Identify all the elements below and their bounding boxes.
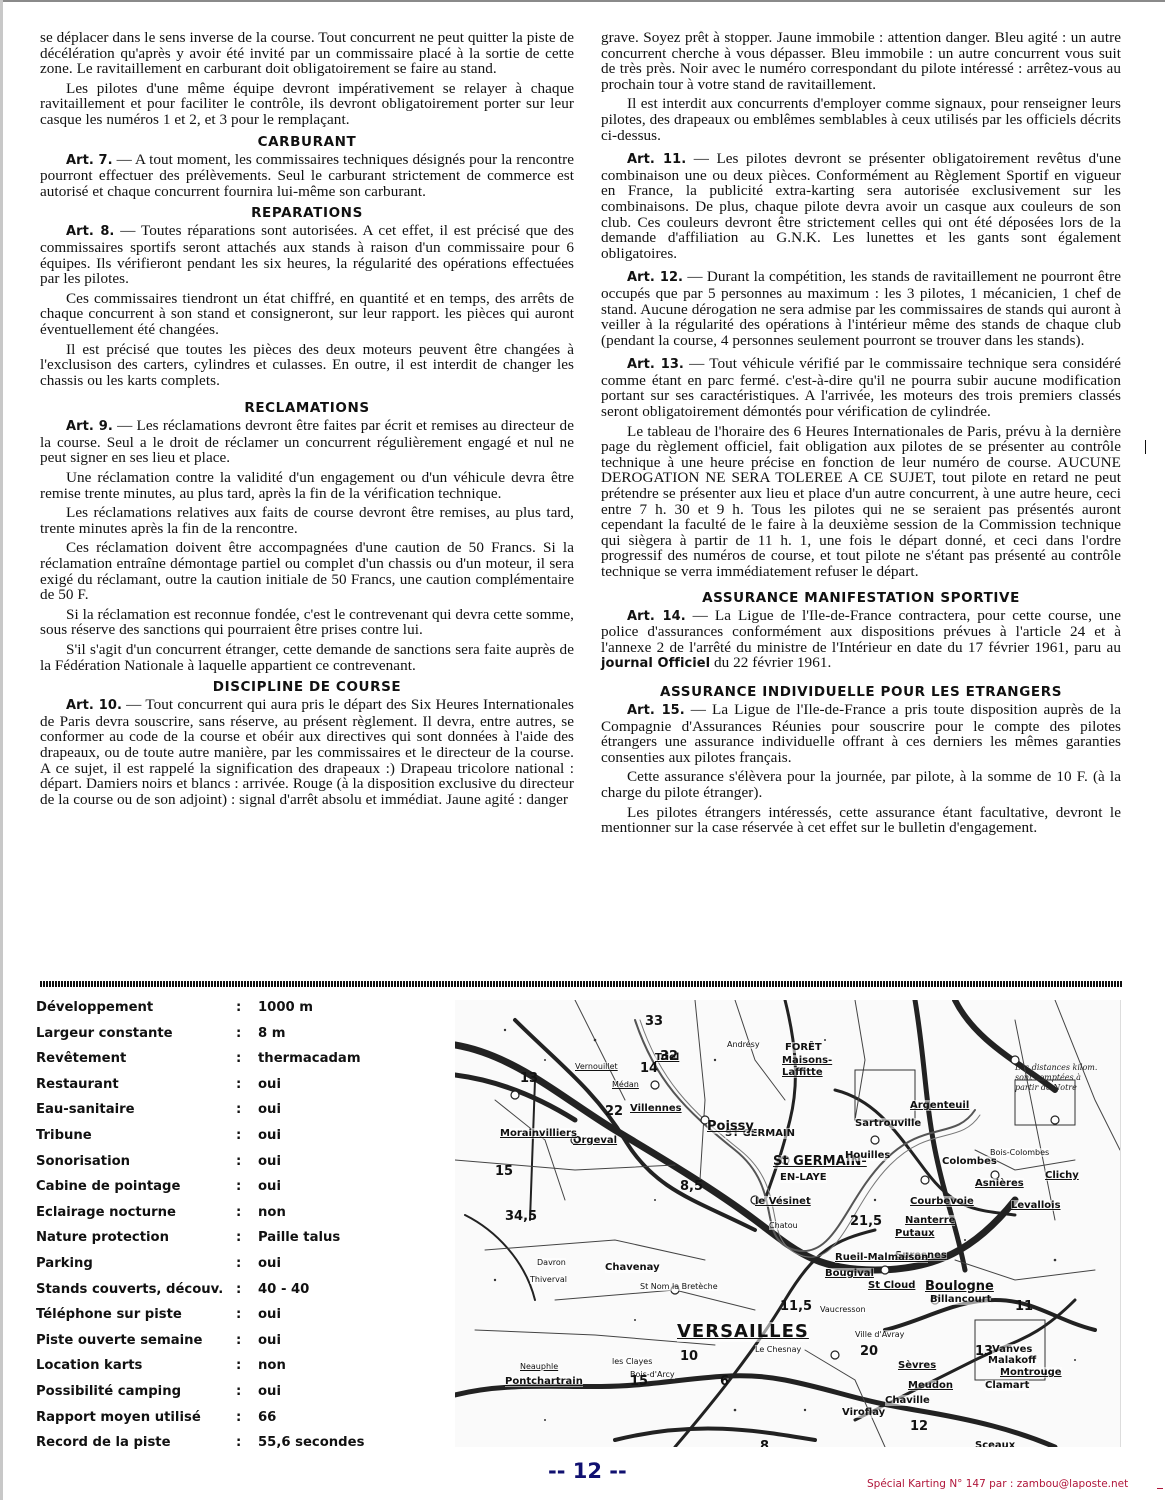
spec-value: oui	[258, 1328, 281, 1354]
map-place-label: Meudon	[908, 1380, 953, 1391]
intro-paragraph-1: se déplacer dans le sens inverse de la c…	[40, 30, 574, 77]
map-place-label: Clamart	[985, 1380, 1029, 1391]
spec-label: Location karts	[36, 1353, 142, 1379]
map-place-label: Putaux	[895, 1228, 935, 1239]
article-15-paragraph-2: Cette assurance s'élèvera pour la journé…	[601, 769, 1121, 800]
spec-value: oui	[258, 1379, 281, 1405]
spec-value: oui	[258, 1149, 281, 1175]
intro-paragraph-2: Les pilotes d'une même équipe devront im…	[40, 81, 574, 128]
article-15: Art. 15. — La Ligue de l'Ile-de-France a…	[601, 702, 1121, 765]
spec-value: 1000 m	[258, 995, 313, 1021]
map-place-label: Pontchartrain	[505, 1376, 583, 1387]
map-place-label: Asnières	[975, 1178, 1024, 1189]
article-13-schedule-paragraph: Le tableau de l'horaire des 6 Heures Int…	[601, 424, 1121, 580]
map-place-label: Houilles	[845, 1150, 890, 1161]
article-9-paragraph-4: Ces réclamation doivent être accompagnée…	[40, 540, 574, 602]
spec-row: Téléphone sur piste:oui	[36, 1302, 436, 1328]
spec-separator: :	[236, 1328, 241, 1354]
article-label: Art. 15.	[627, 703, 685, 718]
map-place-label: Orgeval	[573, 1135, 617, 1146]
article-9-paragraph-2: Une réclamation contre la validité d'un …	[40, 470, 574, 501]
spec-value: oui	[258, 1251, 281, 1277]
article-label: Art. 7.	[66, 153, 113, 168]
map-place-label: Vaucresson	[820, 1305, 866, 1314]
spec-value: oui	[258, 1302, 281, 1328]
spec-value: 40 - 40	[258, 1277, 309, 1303]
map-route-number: 11,5	[780, 1300, 812, 1314]
article-8: Art. 8. — Toutes réparations sont autori…	[40, 223, 574, 286]
spec-row: Eclairage nocturne:non	[36, 1200, 436, 1226]
map-place-label: Sèvres	[898, 1360, 936, 1371]
right-text-column: grave. Soyez prêt à stopper. Jaune immob…	[601, 30, 1121, 836]
map-place-label: St Nom la Bretèche	[640, 1282, 718, 1291]
article-15-paragraph-3: Les pilotes étrangers intéressés, cette …	[601, 805, 1121, 836]
page-number: -- 12 --	[548, 1459, 627, 1483]
spec-separator: :	[236, 995, 241, 1021]
article-label: Art. 12.	[627, 270, 683, 285]
page-frame-top	[0, 0, 1165, 2]
track-specifications-list: Développement:1000 mLargeur constante:8 …	[36, 995, 436, 1456]
spec-row: Stands couverts, découv.:40 - 40	[36, 1277, 436, 1303]
spec-value: oui	[258, 1097, 281, 1123]
map-place-label: Levallois	[1011, 1200, 1061, 1211]
map-place-label: Courbevoie	[910, 1196, 974, 1207]
article-11: Art. 11. — Les pilotes devront se présen…	[601, 151, 1121, 261]
map-place-label: Morainvilliers	[500, 1128, 577, 1139]
map-place-label: les Clayes	[612, 1357, 652, 1366]
spec-label: Stands couverts, découv.	[36, 1277, 223, 1303]
spec-label: Record de la piste	[36, 1430, 171, 1456]
spec-row: Tribune:oui	[36, 1123, 436, 1149]
article-9: Art. 9. — Les réclamations devront être …	[40, 418, 574, 466]
spec-separator: :	[236, 1072, 241, 1098]
map-route-number: 15	[495, 1165, 513, 1179]
spec-value: Paille talus	[258, 1225, 340, 1251]
spec-row: Piste ouverte semaine:oui	[36, 1328, 436, 1354]
page-frame-left	[0, 0, 3, 1500]
spec-row: Location karts:non	[36, 1353, 436, 1379]
map-place-label: FORÊT	[785, 1042, 822, 1053]
spec-value: oui	[258, 1072, 281, 1098]
spec-separator: :	[236, 1021, 241, 1047]
map-place-label: Le Chesnay	[755, 1345, 801, 1354]
map-place-label: Nanterre	[905, 1215, 955, 1226]
article-label: Art. 9.	[66, 419, 113, 434]
margin-mark	[1145, 440, 1146, 454]
article-9-paragraph-3: Les réclamations relatives aux faits de …	[40, 505, 574, 536]
spec-label: Développement	[36, 995, 153, 1021]
spec-row: Développement:1000 m	[36, 995, 436, 1021]
article-8-paragraph-3: Il est précisé que toutes les pièces des…	[40, 342, 574, 389]
spec-row: Revêtement:thermacadam	[36, 1046, 436, 1072]
map-place-label: Vernouillet	[575, 1062, 618, 1071]
article-label: Art. 11.	[627, 152, 686, 167]
map-place-label: Chaville	[885, 1395, 930, 1406]
article-7: Art. 7. — A tout moment, les commissaire…	[40, 152, 574, 200]
map-place-label: Sceaux	[975, 1440, 1015, 1447]
map-place-label: Vanves	[992, 1344, 1032, 1355]
spec-label: Rapport moyen utilisé	[36, 1405, 201, 1431]
signals-prohibition-paragraph: Il est interdit aux concurrents d'employ…	[601, 96, 1121, 143]
map-distance-note: Les distances kilom. sont comptées à par…	[1015, 1063, 1105, 1093]
spec-separator: :	[236, 1149, 241, 1175]
map-place-label: Clichy	[1045, 1170, 1079, 1181]
spec-separator: :	[236, 1302, 241, 1328]
spec-label: Nature protection	[36, 1225, 169, 1251]
map-route-number: 20	[860, 1345, 878, 1359]
map-place-label: Billancourt	[930, 1294, 991, 1305]
article-label: Art. 10.	[66, 698, 122, 713]
spec-row: Record de la piste:55,6 secondes	[36, 1430, 436, 1456]
section-heading-carburant: CARBURANT	[40, 134, 574, 150]
map-place-label: Thiverval	[530, 1275, 567, 1284]
spec-label: Sonorisation	[36, 1149, 130, 1175]
article-14: Art. 14. — La Ligue de l'Ile-de-France c…	[601, 608, 1121, 672]
map-place-label: EN-LAYE	[780, 1172, 827, 1183]
footer-mark	[1157, 1488, 1163, 1489]
spec-label: Parking	[36, 1251, 93, 1277]
spec-value: non	[258, 1353, 286, 1379]
map-place-label: Colombes	[942, 1156, 997, 1167]
article-8-paragraph-2: Ces commissaires tiendront un état chiff…	[40, 291, 574, 338]
map-place-label: Ville d'Avray	[855, 1330, 904, 1339]
spec-label: Revêtement	[36, 1046, 126, 1072]
spec-value: 8 m	[258, 1021, 286, 1047]
map-route-number: 10	[680, 1350, 698, 1364]
map-route-number: 13	[975, 1345, 993, 1359]
map-place-label: Montrouge	[1000, 1367, 1062, 1378]
spec-row: Sonorisation:oui	[36, 1149, 436, 1175]
map-place-label: Malakoff	[988, 1355, 1036, 1366]
spec-row: Restaurant:oui	[36, 1072, 436, 1098]
map-route-number: 11	[1015, 1300, 1033, 1314]
spec-label: Piste ouverte semaine	[36, 1328, 203, 1354]
spec-label: Téléphone sur piste	[36, 1302, 182, 1328]
spec-separator: :	[236, 1225, 241, 1251]
map-place-label: Poissy	[707, 1120, 754, 1134]
journal-officiel-reference: journal Officiel	[601, 656, 710, 671]
spec-label: Restaurant	[36, 1072, 119, 1098]
article-13: Art. 13. — Tout véhicule vérifié par le …	[601, 356, 1121, 419]
spec-separator: :	[236, 1123, 241, 1149]
map-place-label: Villennes	[630, 1103, 682, 1114]
map-route-number: 32	[660, 1050, 678, 1064]
section-divider	[40, 981, 1122, 987]
map-place-label: Maisons-	[782, 1055, 832, 1066]
spec-separator: :	[236, 1379, 241, 1405]
map-route-number: 33	[645, 1015, 663, 1029]
flag-signals-continuation: grave. Soyez prêt à stopper. Jaune immob…	[601, 30, 1121, 92]
article-9-paragraph-5: Si la réclamation est reconnue fondée, c…	[40, 607, 574, 638]
map-place-label: le Vésinet	[755, 1196, 811, 1207]
map-place-label: Médan	[612, 1080, 639, 1089]
map-place-label: Viroflay	[842, 1407, 885, 1418]
map-place-label: Davron	[537, 1258, 566, 1267]
spec-value: thermacadam	[258, 1046, 361, 1072]
spec-separator: :	[236, 1277, 241, 1303]
spec-separator: :	[236, 1405, 241, 1431]
spec-separator: :	[236, 1200, 241, 1226]
map-place-label: Bois-Colombes	[990, 1148, 1049, 1157]
section-heading-reclamations: RECLAMATIONS	[40, 400, 574, 416]
map-route-number: 22	[605, 1105, 623, 1119]
spec-row: Possibilité camping:oui	[36, 1379, 436, 1405]
spec-value: oui	[258, 1123, 281, 1149]
article-9-paragraph-6: S'il s'agit d'un concurrent étranger, ce…	[40, 642, 574, 673]
left-text-column: se déplacer dans le sens inverse de la c…	[40, 30, 574, 807]
spec-row: Nature protection:Paille talus	[36, 1225, 436, 1251]
map-place-label: Rueil-Malmaison	[835, 1252, 928, 1263]
article-10: Art. 10. — Tout concurrent qui aura pris…	[40, 697, 574, 807]
section-heading-reparations: REPARATIONS	[40, 205, 574, 221]
spec-label: Eau-sanitaire	[36, 1097, 135, 1123]
article-12: Art. 12. — Durant la compétition, les st…	[601, 269, 1121, 348]
map-place-label: Chatou	[769, 1221, 798, 1230]
map-place-label: St Cloud	[868, 1280, 915, 1291]
map-route-number: 8,5	[680, 1180, 703, 1194]
map-place-label: Bougival	[825, 1268, 874, 1279]
spec-separator: :	[236, 1353, 241, 1379]
spec-row: Cabine de pointage:oui	[36, 1174, 436, 1200]
map-route-number: 13	[520, 1072, 538, 1086]
spec-value: non	[258, 1200, 286, 1226]
spec-row: Parking:oui	[36, 1251, 436, 1277]
spec-row: Largeur constante:8 m	[36, 1021, 436, 1047]
map-route-number: 21,5	[850, 1215, 882, 1229]
spec-label: Eclairage nocturne	[36, 1200, 176, 1226]
map-place-label: Andrésy	[727, 1040, 760, 1049]
spec-separator: :	[236, 1251, 241, 1277]
map-place-label: Neauphle	[520, 1362, 558, 1371]
spec-label: Largeur constante	[36, 1021, 173, 1047]
spec-label: Cabine de pointage	[36, 1174, 180, 1200]
map-route-number: 15	[630, 1375, 648, 1389]
map-place-label: Argenteuil	[910, 1100, 969, 1111]
circuit-location-map: VERSAILLESSt GERMAIN-EN-LAYEST GERMAINPo…	[455, 1000, 1121, 1447]
map-place-label: Laffitte	[782, 1067, 823, 1078]
section-heading-assurance-sportive: ASSURANCE MANIFESTATION SPORTIVE	[601, 590, 1121, 606]
spec-label: Tribune	[36, 1123, 92, 1149]
spec-value: 66	[258, 1405, 276, 1431]
spec-row: Rapport moyen utilisé:66	[36, 1405, 436, 1431]
map-route-number: 6	[720, 1375, 729, 1389]
section-heading-discipline: DISCIPLINE DE COURSE	[40, 679, 574, 695]
map-route-number: 8	[760, 1440, 769, 1447]
scan-credit: Spécial Karting N° 147 par : zambou@lapo…	[867, 1478, 1128, 1490]
spec-row: Eau-sanitaire:oui	[36, 1097, 436, 1123]
map-place-label: Chavenay	[605, 1262, 660, 1273]
spec-separator: :	[236, 1046, 241, 1072]
spec-separator: :	[236, 1174, 241, 1200]
map-place-label: VERSAILLES	[677, 1322, 809, 1342]
map-route-number: 12	[910, 1420, 928, 1434]
spec-label: Possibilité camping	[36, 1379, 181, 1405]
map-place-label: Sartrouville	[855, 1118, 921, 1129]
article-label: Art. 8.	[66, 224, 114, 239]
map-place-label: Boulogne	[925, 1280, 994, 1294]
spec-separator: :	[236, 1097, 241, 1123]
map-route-number: 34,5	[505, 1210, 537, 1224]
map-route-number: 14	[640, 1062, 658, 1076]
section-heading-assurance-etrangers: ASSURANCE INDIVIDUELLE POUR LES ETRANGER…	[601, 684, 1121, 700]
spec-separator: :	[236, 1430, 241, 1456]
spec-value: 55,6 secondes	[258, 1430, 364, 1456]
article-label: Art. 14.	[627, 609, 686, 624]
spec-value: oui	[258, 1174, 281, 1200]
article-label: Art. 13.	[627, 357, 684, 372]
